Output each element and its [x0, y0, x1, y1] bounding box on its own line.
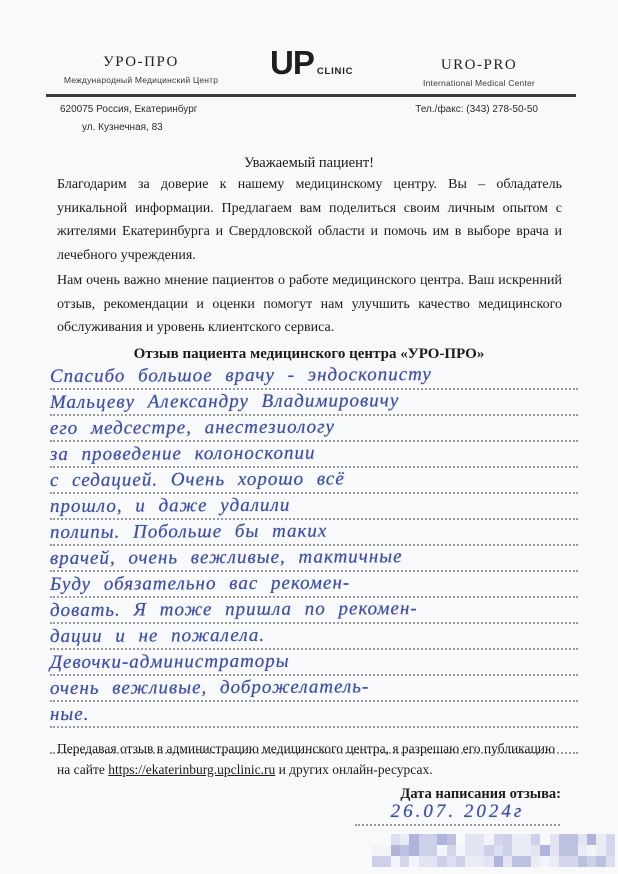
- redaction-pixel: [372, 856, 381, 867]
- redaction-pixel: [503, 856, 512, 867]
- redaction-pixel: [512, 834, 521, 845]
- handwriting-text: ные.: [50, 700, 578, 727]
- redaction-pixel: [475, 834, 484, 845]
- redaction-pixel: [381, 845, 390, 856]
- redaction-pixel: [606, 834, 615, 845]
- handwriting-line: с седацией. Очень хорошо всё: [50, 468, 578, 494]
- handwriting-text: довать. Я тоже пришла по рекомен-: [50, 596, 578, 623]
- redaction-pixel: [447, 845, 456, 856]
- handwriting-text: Спасибо большое врачу - эндоскописту: [50, 362, 578, 389]
- redaction-pixel: [381, 834, 390, 845]
- handwriting-text: полипы. Побольше бы таких: [50, 518, 578, 545]
- redaction-pixel: [484, 834, 493, 845]
- address-line-1: 620075 Россия, Екатеринбург: [60, 104, 197, 115]
- handwriting-text: Девочки-администраторы: [50, 648, 578, 675]
- redaction-pixel: [419, 856, 428, 867]
- redaction-pixel: [456, 856, 465, 867]
- handwriting-line: ные.: [50, 702, 578, 728]
- redaction-pixel: [578, 845, 587, 856]
- review-heading: Отзыв пациента медицинского центра «УРО-…: [0, 346, 618, 363]
- redaction-pixel: [503, 834, 512, 845]
- salutation: Уважаемый пациент!: [0, 155, 618, 172]
- redaction-pixel: [531, 834, 540, 845]
- clinic-name-ru: УРО-ПРО: [58, 54, 224, 71]
- redaction-pixel: [484, 845, 493, 856]
- handwriting-line: Мальцеву Александру Владимировичу: [50, 390, 578, 416]
- redaction-pixel: [475, 845, 484, 856]
- logo-up-text: UP: [270, 44, 314, 81]
- redaction-pixel: [447, 856, 456, 867]
- redaction-pixel: [540, 834, 549, 845]
- redaction-pixel: [428, 845, 437, 856]
- redaction-pixel: [606, 856, 615, 867]
- redaction-pixel: [391, 834, 400, 845]
- clinic-subtitle-ru: Международный Медицинский Центр: [58, 75, 224, 85]
- redaction-pixel: [512, 856, 521, 867]
- letterhead-left: УРО-ПРО Международный Медицинский Центр: [58, 54, 224, 85]
- handwriting-line: за проведение колоноскопии: [50, 442, 578, 468]
- handwriting-line: довать. Я тоже пришла по рекомен-: [50, 598, 578, 624]
- redaction-pixel: [437, 834, 446, 845]
- redaction-pixel: [419, 834, 428, 845]
- handwriting-line: Спасибо большое врачу - эндоскописту: [50, 364, 578, 390]
- redaction-pixel: [447, 834, 456, 845]
- handwriting-text: дации и не пожалела.: [50, 622, 578, 649]
- handwriting-text: с седацией. Очень хорошо всё: [50, 466, 578, 493]
- handwriting-text: Мальцеву Александру Владимировичу: [50, 388, 578, 415]
- handwriting-line: прошло, и даже удалили: [50, 494, 578, 520]
- handwritten-review: Спасибо большое врачу - эндоскопистуМаль…: [50, 364, 578, 754]
- header-divider: [46, 94, 576, 97]
- redaction-pixel: [428, 834, 437, 845]
- handwriting-text: Буду обязательно вас рекомен-: [50, 570, 578, 597]
- redaction-pixel: [587, 834, 596, 845]
- redaction-pixel: [559, 845, 568, 856]
- redacted-signature: [372, 834, 615, 867]
- letterhead-right: URO-PRO International Medical Center: [394, 57, 564, 88]
- handwritten-date: 26.07. 2024г: [391, 799, 525, 824]
- redaction-pixel: [531, 856, 540, 867]
- redaction-pixel: [465, 834, 474, 845]
- handwriting-line: очень вежливые, доброжелатель-: [50, 676, 578, 702]
- redaction-pixel: [596, 856, 605, 867]
- handwriting-line: его медсестре, анестезиологу: [50, 416, 578, 442]
- consent-text: Передавая отзыв в администрацию медицинс…: [57, 739, 564, 780]
- redaction-pixel: [550, 845, 559, 856]
- redaction-pixel: [391, 856, 400, 867]
- redaction-pixel: [596, 834, 605, 845]
- handwriting-text: за проведение колоноскопии: [50, 440, 578, 467]
- redaction-pixel: [559, 834, 568, 845]
- letter-paragraph-2: Нам очень важно мнение пациентов о работ…: [57, 269, 562, 340]
- redaction-pixel: [494, 856, 503, 867]
- handwriting-text: его медсестре, анестезиологу: [50, 414, 578, 441]
- redaction-pixel: [606, 845, 615, 856]
- redaction-pixel: [484, 856, 493, 867]
- redaction-pixel: [400, 834, 409, 845]
- handwriting-line: полипы. Побольше бы таких: [50, 520, 578, 546]
- redaction-pixel: [437, 845, 446, 856]
- redaction-pixel: [522, 845, 531, 856]
- redaction-pixel: [540, 856, 549, 867]
- redaction-pixel: [465, 856, 474, 867]
- redaction-pixel: [409, 834, 418, 845]
- redaction-pixel: [587, 845, 596, 856]
- redaction-pixel: [409, 845, 418, 856]
- redaction-pixel: [503, 845, 512, 856]
- address-line-2: ул. Кузнечная, 83: [82, 122, 163, 133]
- redaction-pixel: [372, 834, 381, 845]
- redaction-pixel: [428, 856, 437, 867]
- redaction-pixel: [465, 845, 474, 856]
- clinic-subtitle-en: International Medical Center: [394, 78, 564, 88]
- handwriting-line: Буду обязательно вас рекомен-: [50, 572, 578, 598]
- handwriting-line: врачей, очень вежливые, тактичные: [50, 546, 578, 572]
- redaction-pixel: [550, 834, 559, 845]
- scanned-review-form: УРО-ПРО Международный Медицинский Центр …: [0, 0, 618, 874]
- redaction-pixel: [578, 834, 587, 845]
- handwriting-line: дации и не пожалела.: [50, 624, 578, 650]
- redaction-pixel: [568, 834, 577, 845]
- redaction-pixel: [494, 834, 503, 845]
- redaction-pixel: [372, 845, 381, 856]
- redaction-pixel: [419, 845, 428, 856]
- handwriting-line: Девочки-администраторы: [50, 650, 578, 676]
- redaction-pixel: [381, 856, 390, 867]
- redaction-pixel: [559, 856, 568, 867]
- handwriting-text: врачей, очень вежливые, тактичные: [50, 544, 578, 571]
- phone-fax: Тел./факс: (343) 278-50-50: [415, 104, 538, 115]
- redaction-pixel: [522, 834, 531, 845]
- letter-paragraph-1: Благодарим за доверие к нашему медицинск…: [57, 173, 562, 267]
- redaction-pixel: [550, 856, 559, 867]
- handwriting-text: прошло, и даже удалили: [50, 492, 578, 519]
- redaction-pixel: [391, 845, 400, 856]
- redaction-pixel: [456, 834, 465, 845]
- handwriting-text: очень вежливые, доброжелатель-: [50, 674, 578, 701]
- site-url: https://ekaterinburg.upclinic.ru: [108, 762, 275, 777]
- clinic-name-en: URO-PRO: [394, 57, 564, 74]
- up-clinic-logo: UPCLINIC: [270, 44, 353, 82]
- redaction-pixel: [494, 845, 503, 856]
- redaction-pixel: [531, 845, 540, 856]
- redaction-pixel: [437, 856, 446, 867]
- redaction-pixel: [400, 845, 409, 856]
- redaction-pixel: [400, 856, 409, 867]
- redaction-pixel: [456, 845, 465, 856]
- redaction-pixel: [512, 845, 521, 856]
- consent-text-after-link: и других онлайн-ресурсах.: [275, 762, 432, 777]
- redaction-pixel: [568, 856, 577, 867]
- logo-clinic-text: CLINIC: [317, 66, 353, 77]
- redaction-pixel: [475, 856, 484, 867]
- redaction-pixel: [409, 856, 418, 867]
- redaction-pixel: [578, 856, 587, 867]
- redaction-pixel: [596, 845, 605, 856]
- date-line: 26.07. 2024г: [355, 799, 560, 826]
- redaction-pixel: [522, 856, 531, 867]
- redaction-pixel: [568, 845, 577, 856]
- redaction-pixel: [540, 845, 549, 856]
- redaction-pixel: [587, 856, 596, 867]
